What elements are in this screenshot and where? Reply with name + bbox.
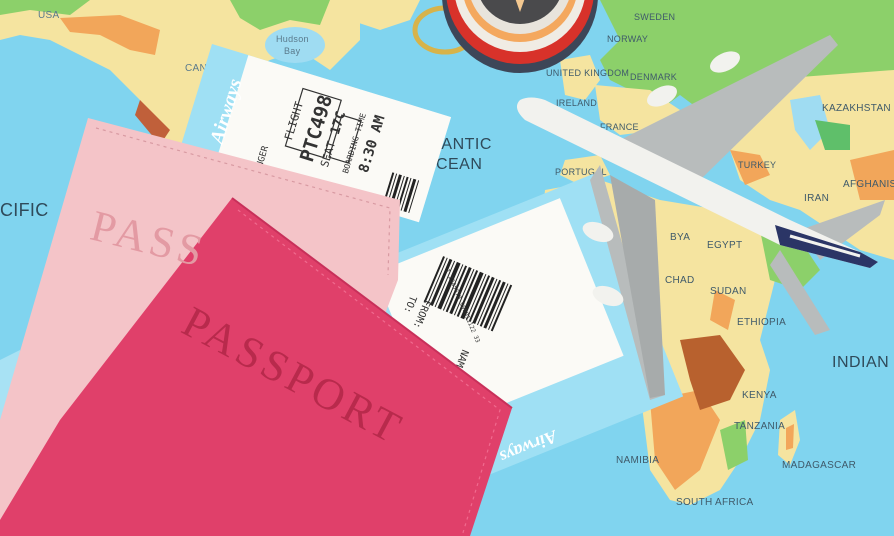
map-label-turkey: TURKEY	[738, 160, 776, 170]
map-label-sweden: SWEDEN	[634, 12, 675, 22]
map-label-south-africa: SOUTH AFRICA	[676, 497, 754, 508]
map-label-liberia: RIA	[545, 334, 563, 345]
travel-photo: USA Hudson Bay CAN CIFIC LANTIC OCEAN SW…	[0, 0, 894, 536]
map-label-mauritania: MAURITANIA	[497, 256, 561, 267]
map-label-kenya: KENYA	[742, 390, 777, 401]
map-label-namibia: NAMIBIA	[616, 455, 659, 466]
map-label-portugal: PORTUGAL	[555, 167, 607, 177]
map-label-kazakhstan: KAZAKHSTAN	[822, 103, 891, 114]
map-label-hudson: Hudson	[276, 34, 309, 44]
map-label-iran: IRAN	[804, 193, 829, 204]
map-label-ethiopia: ETHIOPIA	[737, 317, 786, 328]
map-label-sudan: SUDAN	[710, 286, 747, 297]
map-label-bay: Bay	[284, 46, 300, 56]
map-label-egypt: EGYPT	[707, 240, 742, 251]
map-label-indian-ocean: INDIAN O	[832, 354, 894, 372]
map-label-canada: CAN	[185, 63, 207, 74]
map-label-south-africa-partial: SOUTH ICA	[602, 371, 659, 382]
map-label-united-kingdom: UNITED KINGDOM	[546, 68, 629, 78]
map-label-morocco: MOROCCO	[538, 199, 588, 209]
map-label-madagascar: MADAGASCAR	[782, 460, 856, 471]
map-label-gambia: MBIA	[525, 304, 551, 315]
map-label-pacific: CIFIC	[0, 200, 49, 221]
map-label-usa: USA	[38, 10, 59, 21]
map-label-nigeria: NI	[614, 323, 625, 334]
map-label-afghanistan: AFGHANIS	[843, 179, 894, 190]
map-label-norway: NORWAY	[607, 34, 648, 44]
map-label-ireland: IRELAND	[556, 98, 597, 108]
map-label-libya: BYA	[670, 232, 690, 243]
map-label-chad: CHAD	[665, 275, 695, 286]
map-label-denmark: DENMARK	[630, 72, 677, 82]
map-label-ocean: OCEAN	[423, 156, 482, 174]
map-label-france: FRANCE	[600, 122, 639, 132]
map-label-sudan-west: SUDAN	[581, 262, 618, 273]
map-label-tanzania: TANZANIA	[734, 421, 785, 432]
map-label-atlantic: LANTIC	[432, 136, 492, 154]
